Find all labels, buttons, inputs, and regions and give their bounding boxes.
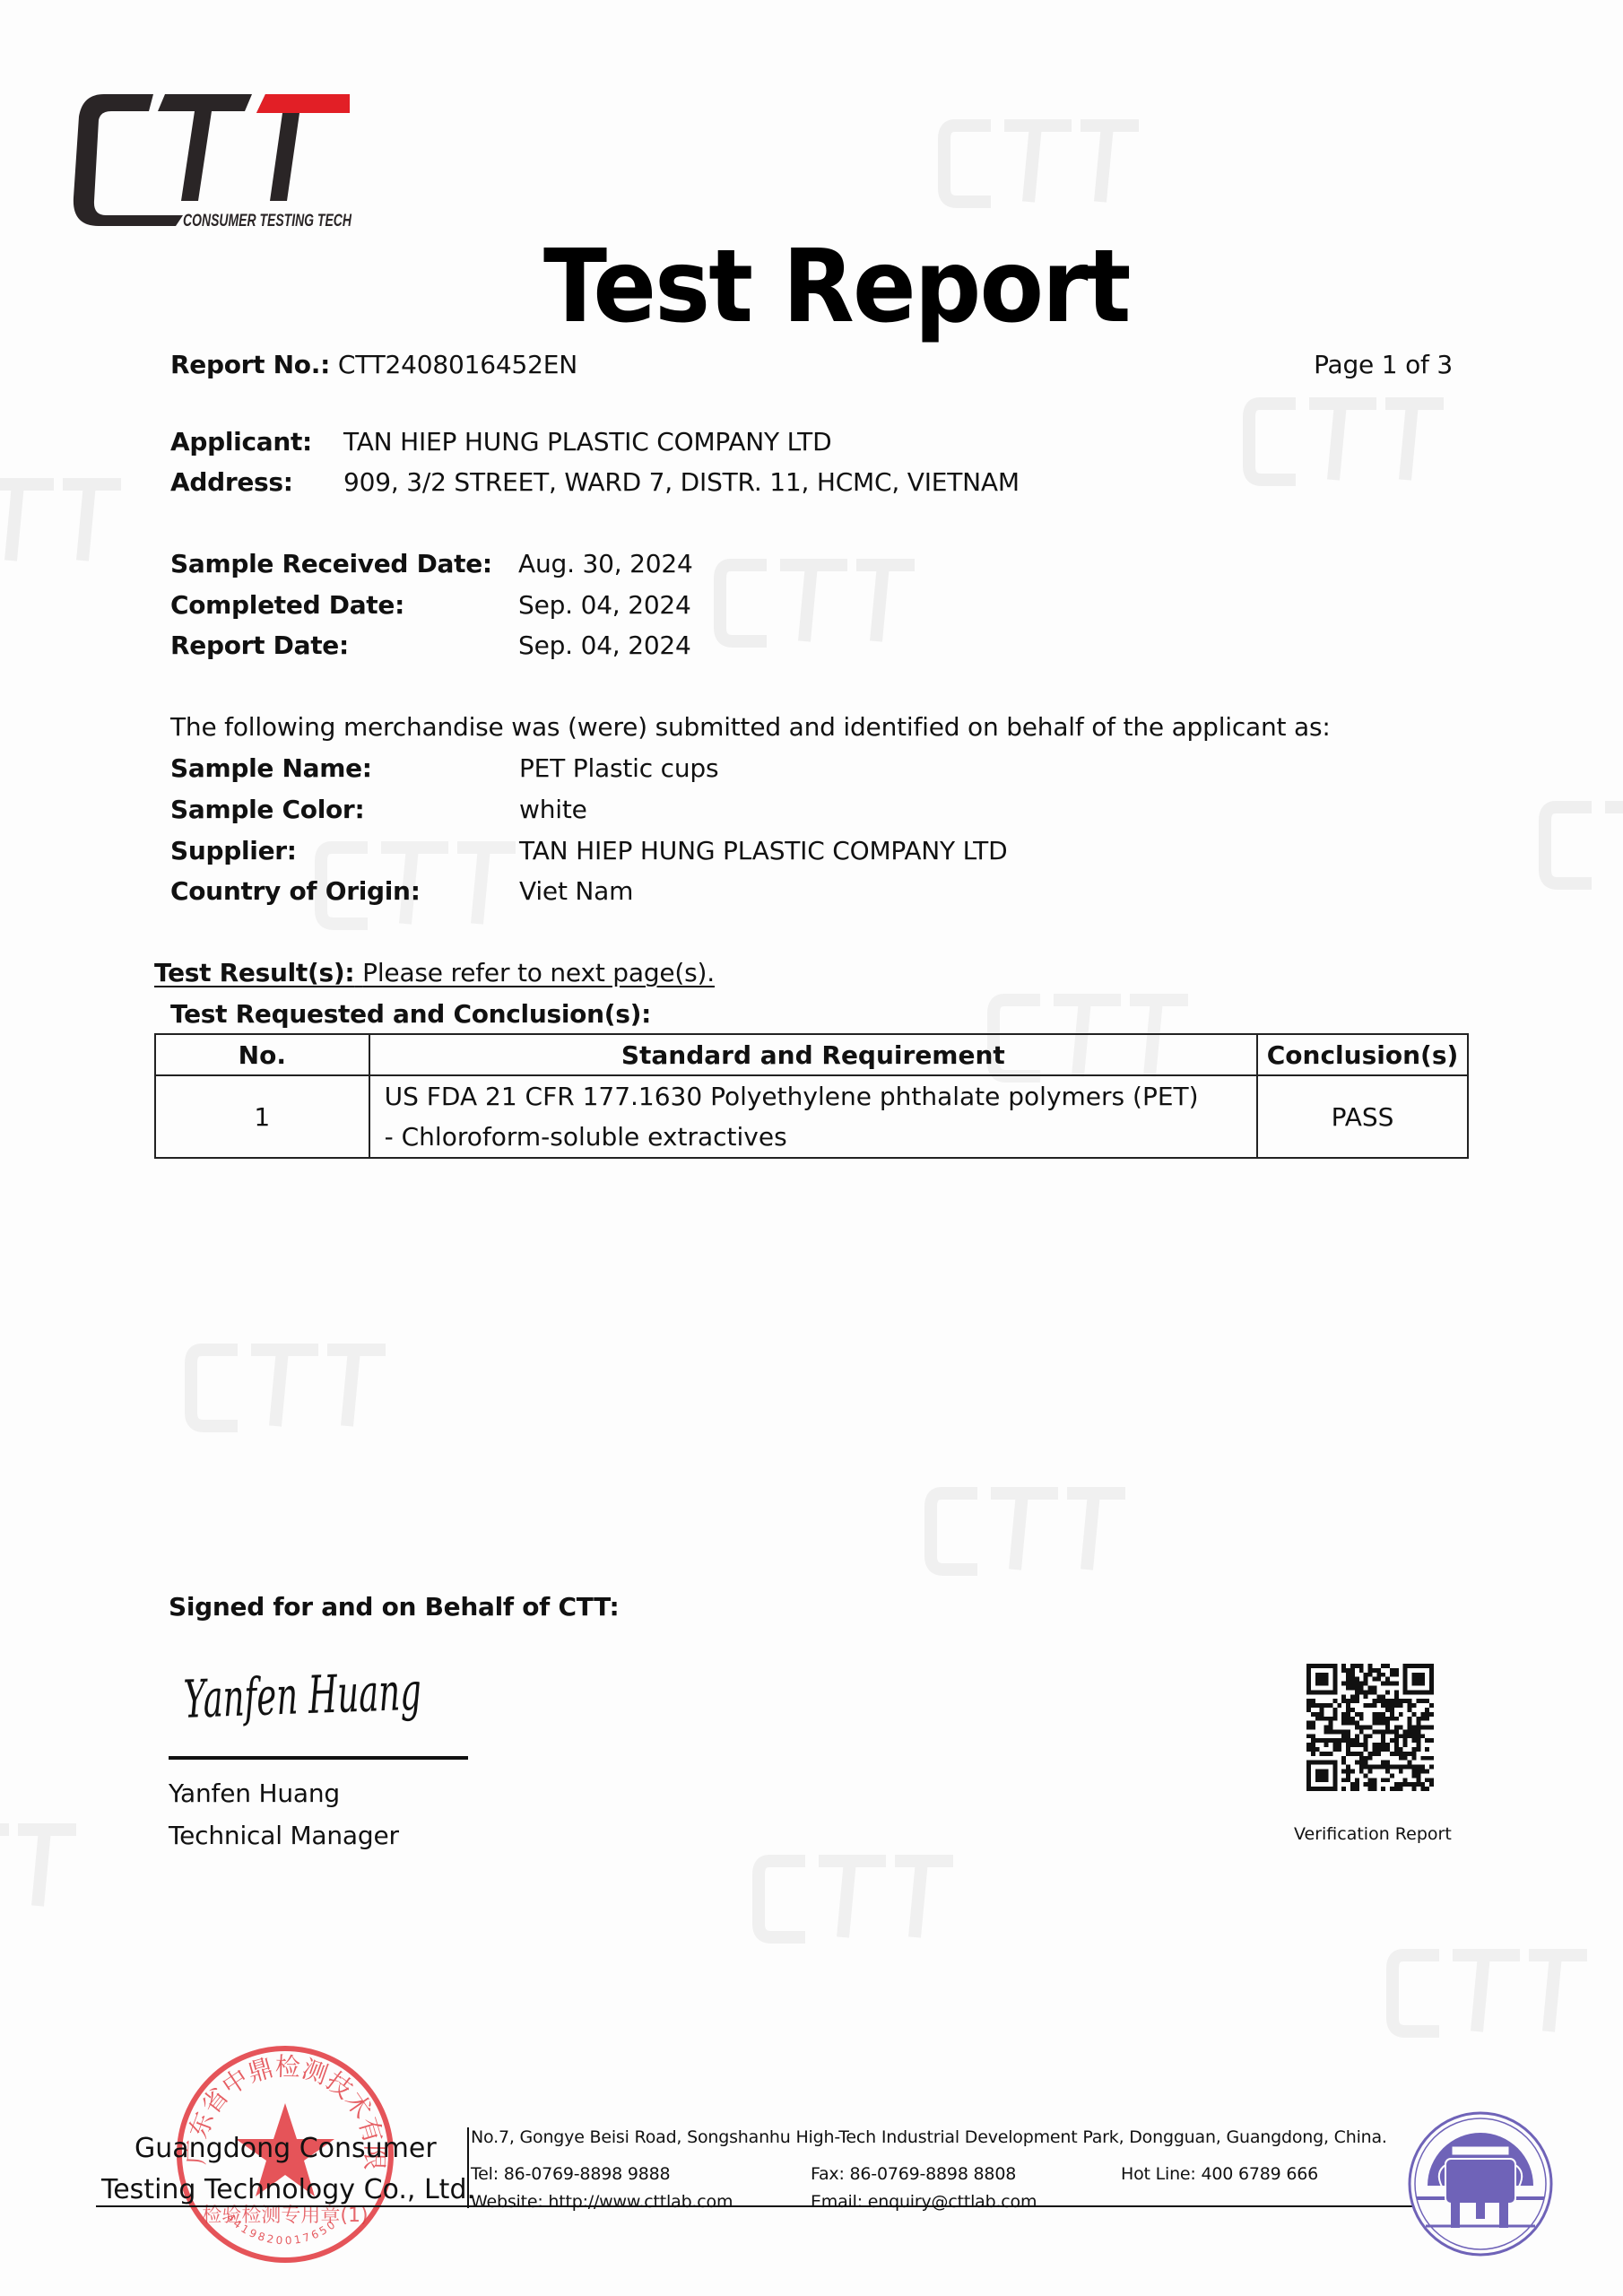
- completed-date-value: Sep. 04, 2024: [518, 590, 691, 620]
- watermark-ctt: [0, 475, 126, 574]
- report-no-label: Report No.:: [170, 350, 330, 379]
- standard-line-2: - Chloroform-soluble extractives: [385, 1117, 1242, 1157]
- report-no-value: CTT2408016452EN: [338, 350, 577, 379]
- country-of-origin-label: Country of Origin:: [170, 876, 421, 906]
- verification-label: Verification Report: [1294, 1824, 1452, 1844]
- signer-name: Yanfen Huang: [169, 1779, 340, 1808]
- verification-qr-code[interactable]: [1306, 1664, 1434, 1791]
- company-name-line-2: Testing Technology Co., Ltd.: [101, 2174, 475, 2205]
- cell-no: 1: [155, 1075, 369, 1158]
- sample-name-label: Sample Name:: [170, 753, 372, 783]
- sample-received-date-value: Aug. 30, 2024: [518, 549, 693, 578]
- watermark-ctt: [751, 1852, 958, 1951]
- watermark-ctt: [1538, 798, 1623, 897]
- footer-fax: Fax: 86-0769-8898 8808: [811, 2164, 1016, 2184]
- svg-text:CONSUMER TESTING TECH: CONSUMER TESTING TECH: [183, 212, 352, 230]
- test-result-row: Test Result(s): Please refer to next pag…: [154, 958, 715, 987]
- sample-received-date-label: Sample Received Date:: [170, 549, 492, 578]
- watermark-ctt: [713, 556, 919, 655]
- cell-standard: US FDA 21 CFR 177.1630 Polyethylene phth…: [369, 1075, 1257, 1158]
- footer-tel: Tel: 86-0769-8898 9888: [471, 2164, 670, 2184]
- supplier-label: Supplier:: [170, 836, 297, 865]
- test-result-value: Please refer to next page(s).: [362, 958, 715, 987]
- company-name-line-1: Guangdong Consumer: [135, 2133, 437, 2164]
- sample-color-value: white: [519, 795, 587, 824]
- footer-divider-vertical: [467, 2127, 469, 2208]
- test-result-label: Test Result(s):: [154, 958, 354, 987]
- report-date-label: Report Date:: [170, 631, 349, 660]
- sample-color-label: Sample Color:: [170, 795, 364, 824]
- completed-date-label: Completed Date:: [170, 590, 404, 620]
- supplier-value: TAN HIEP HUNG PLASTIC COMPANY LTD: [519, 836, 1007, 865]
- address-label: Address:: [170, 467, 293, 497]
- watermark-ctt: [1385, 1946, 1592, 2045]
- svg-text:检验检测专用章(1): 检验检测专用章(1): [202, 2205, 368, 2227]
- column-header-standard: Standard and Requirement: [369, 1034, 1257, 1075]
- report-number-row: Report No.: CTT2408016452EN: [170, 350, 577, 379]
- footer-email[interactable]: Email: enquiry@cttlab.com: [811, 2192, 1037, 2212]
- results-table: No. Standard and Requirement Conclusion(…: [154, 1033, 1469, 1159]
- signature-line: [169, 1756, 468, 1760]
- svg-text:Yanfen Huang: Yanfen Huang: [183, 1661, 422, 1730]
- address-value: 909, 3/2 STREET, WARD 7, DISTR. 11, HCMC…: [343, 467, 1020, 497]
- signer-title: Technical Manager: [169, 1821, 399, 1850]
- footer-hotline: Hot Line: 400 6789 666: [1121, 2164, 1318, 2184]
- watermark-ctt: [1242, 395, 1448, 493]
- ding-emblem-icon: [1406, 2109, 1555, 2258]
- country-of-origin-value: Viet Nam: [519, 876, 633, 906]
- footer-website[interactable]: Website: http://www.cttlab.com: [471, 2192, 733, 2212]
- sample-name-value: PET Plastic cups: [519, 753, 718, 783]
- signed-heading: Signed for and on Behalf of CTT:: [169, 1592, 619, 1622]
- column-header-conclusion: Conclusion(s): [1257, 1034, 1468, 1075]
- conclusion-heading: Test Requested and Conclusion(s):: [170, 999, 651, 1029]
- footer-rule: [96, 2205, 1423, 2207]
- watermark-ctt: [184, 1341, 390, 1439]
- standard-line-1: US FDA 21 CFR 177.1630 Polyethylene phth…: [385, 1076, 1242, 1117]
- page-indicator: Page 1 of 3: [1314, 350, 1453, 379]
- report-date-value: Sep. 04, 2024: [518, 631, 691, 660]
- merchandise-intro: The following merchandise was (were) sub…: [170, 712, 1331, 742]
- page-title: Test Report: [543, 229, 1130, 345]
- footer-address: No.7, Gongye Beisi Road, Songshanhu High…: [471, 2127, 1387, 2147]
- table-header-row: No. Standard and Requirement Conclusion(…: [155, 1034, 1468, 1075]
- handwritten-signature: Yanfen Huang: [175, 1646, 444, 1758]
- applicant-value: TAN HIEP HUNG PLASTIC COMPANY LTD: [343, 427, 831, 457]
- table-row: 1 US FDA 21 CFR 177.1630 Polyethylene ph…: [155, 1075, 1468, 1158]
- applicant-label: Applicant:: [170, 427, 312, 457]
- cell-conclusion: PASS: [1257, 1075, 1468, 1158]
- watermark-ctt: [0, 1821, 81, 1919]
- watermark-ctt: [937, 117, 1143, 215]
- ctt-logo: CONSUMER TESTING TECH: [68, 90, 355, 233]
- column-header-no: No.: [155, 1034, 369, 1075]
- watermark-ctt: [924, 1484, 1130, 1583]
